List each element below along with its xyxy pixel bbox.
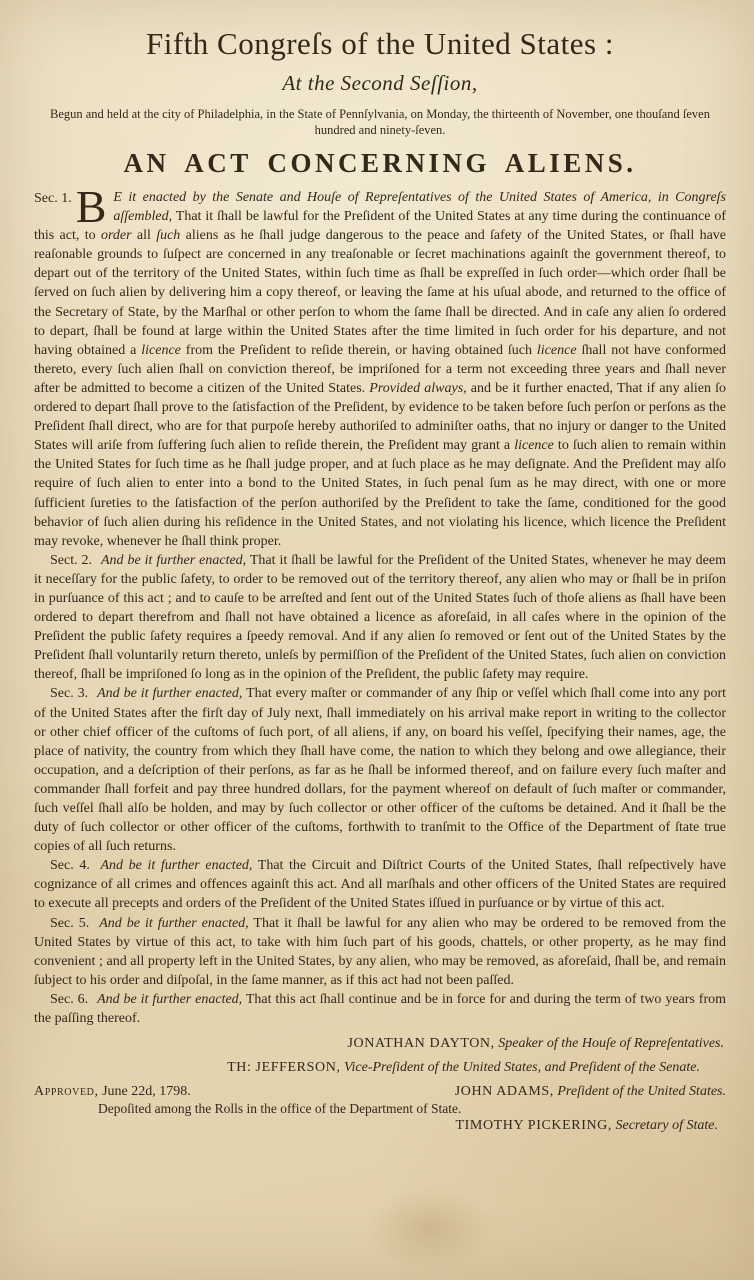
deposited-line: Depoſited among the Rolls in the office … [98,1101,726,1117]
approved-date: June 22d, 1798. [99,1084,191,1099]
section-2-paragraph: Sect. 2. And be it further enacted, That… [34,551,726,685]
signature-vice-president: TH: JEFFERSON, Vice-Preſident of the Uni… [34,1060,726,1076]
section-6-paragraph: Sec. 6. And be it further enacted, That … [34,990,726,1028]
secretary-name: TIMOTHY PICKERING, [455,1118,612,1133]
session-line: At the Second Seſſion, [34,71,726,96]
speaker-name: JONATHAN DAYTON, [347,1036,494,1051]
section-5-text: And be it further enacted, That it ſhall… [34,916,726,988]
secretary-title: Secretary of State. [615,1118,718,1133]
section-4-paragraph: Sec. 4. And be it further enacted, That … [34,856,726,913]
congress-title: Fifth Congreſs of the United States : [34,26,726,62]
section-1-paragraph: Sec. 1. B E it enacted by the Senate and… [34,188,726,551]
act-title: AN ACT CONCERNING ALIENS. [34,148,726,179]
speaker-title: Speaker of the Houſe of Repreſentatives. [498,1036,724,1051]
section-5-paragraph: Sec. 5. And be it further enacted, That … [34,914,726,990]
vice-president-name: TH: JEFFERSON, [227,1060,340,1075]
section-3-paragraph: Sec. 3. And be it further enacted, That … [34,684,726,856]
section-1-text: E it enacted by the Senate and Houſe of … [34,190,726,549]
section-1-label: Sec. 1. [34,188,76,208]
document-page: Fifth Congreſs of the United States : At… [0,0,754,1280]
signature-secretary: TIMOTHY PICKERING, Secretary of State. [34,1118,726,1134]
section-2-text: And be it further enacted, That it ſhall… [34,553,726,683]
section-4-text: And be it further enacted, That the Circ… [34,858,726,911]
president-title: Preſident of the United States. [557,1084,726,1099]
drop-cap: B [76,188,107,226]
section-4-label: Sec. 4. [50,858,95,873]
signature-approved-row: Approved, June 22d, 1798. JOHN ADAMS, Pr… [34,1084,726,1100]
section-2-label: Sect. 2. [50,553,97,568]
approved-line: Approved, June 22d, 1798. [34,1084,191,1100]
approved-label: Approved, [34,1084,99,1099]
preamble: Begun and held at the city of Philadelph… [42,107,718,138]
section-3-label: Sec. 3. [50,686,93,701]
act-body: Sec. 1. B E it enacted by the Senate and… [34,188,726,1028]
signature-speaker: JONATHAN DAYTON, Speaker of the Houſe of… [34,1036,726,1052]
section-1-head: Sec. 1. B [34,188,106,226]
section-5-label: Sec. 5. [50,916,94,931]
section-6-text: And be it further enacted, That this act… [34,992,726,1026]
section-6-label: Sec. 6. [50,992,93,1007]
president-line: JOHN ADAMS, Preſident of the United Stat… [455,1084,726,1100]
president-name: JOHN ADAMS, [455,1084,554,1099]
signature-block: JONATHAN DAYTON, Speaker of the Houſe of… [34,1036,726,1134]
section-3-text: And be it further enacted, That every ma… [34,686,726,854]
vice-president-title: Vice-Preſident of the United States, and… [344,1060,700,1075]
